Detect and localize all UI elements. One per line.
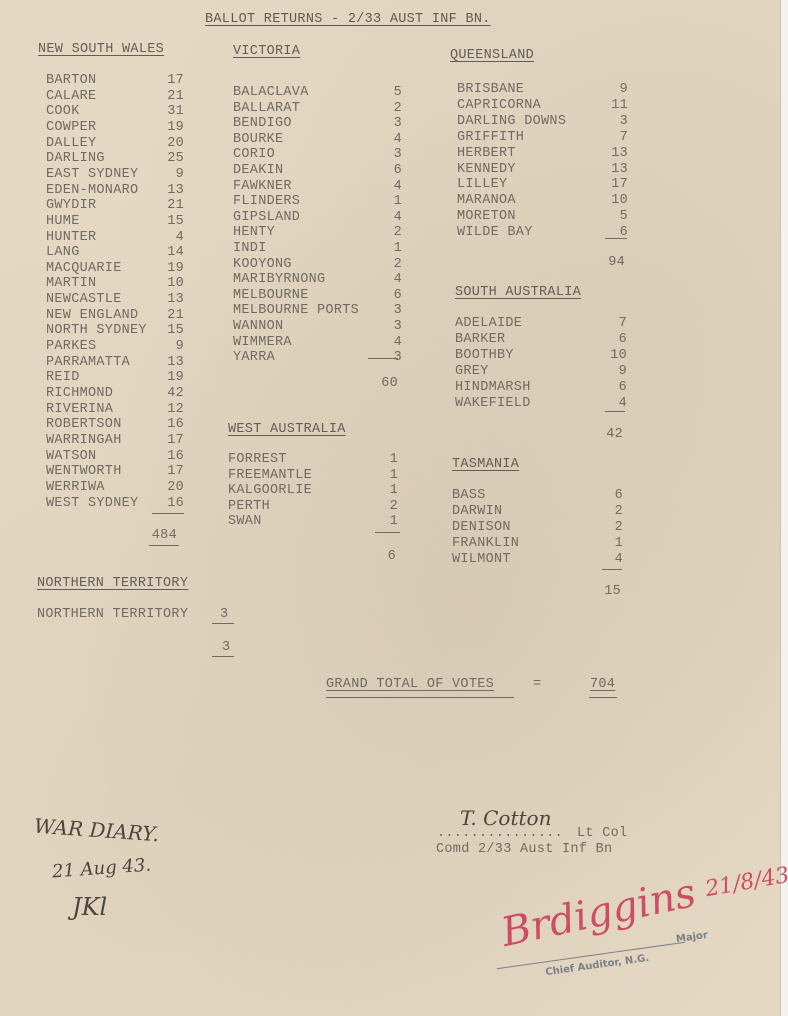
- subtotal-rule: [212, 623, 234, 624]
- electorate-name: INDI: [233, 241, 267, 257]
- electorate-name: GIPSLAND: [233, 210, 300, 226]
- electorate-votes: 5: [372, 85, 402, 101]
- electorate-name: FORREST: [228, 452, 287, 468]
- electorate-votes: 10: [597, 348, 627, 364]
- electorate-votes: 2: [372, 225, 402, 241]
- war-diary-date: 21 Aug 43.: [51, 855, 151, 883]
- auditor-date: 21/8/43: [703, 863, 788, 902]
- electorate-votes: 2: [372, 257, 402, 273]
- electorate-name: ROBERTSON: [46, 417, 122, 433]
- subtotal-rule: [368, 358, 398, 359]
- electorate-votes: 10: [598, 193, 628, 209]
- initials: JKl: [72, 893, 107, 921]
- electorate-votes: 4: [154, 230, 184, 246]
- electorate-votes: 3: [220, 607, 228, 623]
- electorate-name: BENDIGO: [233, 116, 292, 132]
- electorate-votes: 20: [154, 480, 184, 496]
- electorate-votes: 31: [154, 104, 184, 120]
- electorate-name: PERTH: [228, 499, 270, 515]
- electorate-name: KENNEDY: [457, 162, 516, 178]
- electorate-votes: 2: [372, 101, 402, 117]
- subtotal-rule: [605, 238, 627, 239]
- co-command: Comd 2/33 Aust Inf Bn: [436, 842, 612, 858]
- section-heading: SOUTH AUSTRALIA: [455, 285, 581, 301]
- electorate-name: YARRA: [233, 350, 275, 366]
- electorate-name: BARTON: [46, 73, 96, 89]
- electorate-name: KOOYONG: [233, 257, 292, 273]
- electorate-name: WIMMERA: [233, 335, 292, 351]
- electorate-votes: 9: [597, 364, 627, 380]
- electorate-name: BARKER: [455, 332, 505, 348]
- section-heading: NEW SOUTH WALES: [38, 42, 164, 58]
- electorate-name: DEAKIN: [233, 163, 283, 179]
- grand-total-label: GRAND TOTAL OF VOTES: [326, 677, 494, 693]
- electorate-votes: 6: [372, 163, 402, 179]
- electorate-votes: 17: [154, 464, 184, 480]
- electorate-votes: 4: [372, 132, 402, 148]
- electorate-name: DARLING: [46, 151, 105, 167]
- electorate-votes: 13: [154, 183, 184, 199]
- electorate-votes: 3: [372, 303, 402, 319]
- electorate-name: MELBOURNE PORTS: [233, 303, 359, 319]
- electorate-votes: 16: [154, 449, 184, 465]
- subtotal-rule: [605, 411, 625, 412]
- electorate-votes: 4: [372, 335, 402, 351]
- electorate-votes: 42: [154, 386, 184, 402]
- section-heading: WEST AUSTRALIA: [228, 422, 346, 438]
- section-heading: VICTORIA: [233, 44, 300, 60]
- section-heading: QUEENSLAND: [450, 48, 534, 64]
- electorate-votes: 4: [372, 272, 402, 288]
- electorate-votes: 6: [593, 488, 623, 504]
- electorate-name: EAST SYDNEY: [46, 167, 138, 183]
- electorate-votes: 15: [154, 323, 184, 339]
- co-signature: T. Cotton: [460, 806, 551, 830]
- electorate-votes: 13: [154, 355, 184, 371]
- electorate-votes: 7: [597, 316, 627, 332]
- electorate-name: WEST SYDNEY: [46, 496, 138, 512]
- section-heading: TASMANIA: [452, 457, 519, 473]
- electorate-name: MARIBYRNONG: [233, 272, 325, 288]
- electorate-votes: 17: [154, 73, 184, 89]
- electorate-name: GRIFFITH: [457, 130, 524, 146]
- electorate-name: FRANKLIN: [452, 536, 519, 552]
- electorate-name: COWPER: [46, 120, 96, 136]
- grand-total-double-rule: [326, 697, 514, 698]
- electorate-votes: 16: [154, 496, 184, 512]
- electorate-votes: 13: [598, 162, 628, 178]
- electorate-name: WILDE BAY: [457, 225, 533, 241]
- electorate-votes: 19: [154, 261, 184, 277]
- grand-total-value-rule: [589, 697, 617, 698]
- electorate-votes: 21: [154, 198, 184, 214]
- electorate-name: MACQUARIE: [46, 261, 122, 277]
- electorate-name: BOURKE: [233, 132, 283, 148]
- electorate-votes: 9: [598, 82, 628, 98]
- electorate-name: MELBOURNE: [233, 288, 309, 304]
- electorate-votes: 1: [368, 483, 398, 499]
- subtotal-rule: [375, 532, 400, 533]
- electorate-name: RIVERINA: [46, 402, 113, 418]
- electorate-name: ADELAIDE: [455, 316, 522, 332]
- electorate-votes: 9: [154, 339, 184, 355]
- grand-total-value: 704: [590, 677, 615, 693]
- electorate-votes: 21: [154, 308, 184, 324]
- electorate-votes: 20: [154, 136, 184, 152]
- electorate-votes: 2: [368, 499, 398, 515]
- electorate-votes: 4: [593, 552, 623, 568]
- subtotal-rule: [152, 513, 184, 514]
- electorate-votes: 1: [368, 452, 398, 468]
- electorate-votes: 6: [597, 380, 627, 396]
- electorate-name: DARLING DOWNS: [457, 114, 566, 130]
- electorate-name: WATSON: [46, 449, 96, 465]
- ballot-returns-document: BALLOT RETURNS - 2/33 AUST INF BN. NEW S…: [0, 0, 781, 1016]
- electorate-votes: 17: [154, 433, 184, 449]
- electorate-votes: 19: [154, 120, 184, 136]
- electorate-name: DARWIN: [452, 504, 502, 520]
- electorate-votes: 25: [154, 151, 184, 167]
- electorate-votes: 3: [598, 114, 628, 130]
- electorate-name: FLINDERS: [233, 194, 300, 210]
- electorate-votes: 2: [593, 504, 623, 520]
- equals-sign: =: [533, 677, 541, 693]
- electorate-name: RICHMOND: [46, 386, 113, 402]
- total-rule: [212, 656, 234, 657]
- electorate-name: WERRIWA: [46, 480, 105, 496]
- electorate-votes: 6: [597, 332, 627, 348]
- electorate-votes: 4: [372, 210, 402, 226]
- auditor-title-stamp: Chief Auditor, N.G.: [545, 953, 650, 978]
- electorate-votes: 19: [154, 370, 184, 386]
- electorate-votes: 17: [598, 177, 628, 193]
- electorate-name: DENISON: [452, 520, 511, 536]
- electorate-name: BRISBANE: [457, 82, 524, 98]
- war-diary-text: WAR DIARY.: [33, 814, 160, 847]
- electorate-name: GWYDIR: [46, 198, 96, 214]
- electorate-name: WAKEFIELD: [455, 396, 531, 412]
- electorate-name: PARKES: [46, 339, 96, 355]
- electorate-name: HERBERT: [457, 146, 516, 162]
- section-total: 60: [368, 376, 398, 392]
- electorate-name: GREY: [455, 364, 489, 380]
- document-title: BALLOT RETURNS - 2/33 AUST INF BN.: [205, 12, 491, 28]
- electorate-name: NEW ENGLAND: [46, 308, 138, 324]
- subtotal-rule: [602, 569, 622, 570]
- electorate-name: DALLEY: [46, 136, 96, 152]
- electorate-name: LANG: [46, 245, 80, 261]
- electorate-name: MARTIN: [46, 276, 96, 292]
- section-total: 42: [593, 427, 623, 443]
- electorate-name: MARANOA: [457, 193, 516, 209]
- electorate-votes: 5: [598, 209, 628, 225]
- electorate-name: BOOTHBY: [455, 348, 514, 364]
- electorate-name: WENTWORTH: [46, 464, 122, 480]
- electorate-name: CALARE: [46, 89, 96, 105]
- co-rank: Lt Col: [577, 826, 627, 842]
- electorate-name: COOK: [46, 104, 80, 120]
- electorate-votes: 1: [372, 194, 402, 210]
- electorate-votes: 13: [154, 292, 184, 308]
- electorate-votes: 7: [598, 130, 628, 146]
- electorate-votes: 2: [593, 520, 623, 536]
- section-total: 3: [222, 640, 230, 656]
- electorate-name: BASS: [452, 488, 486, 504]
- electorate-name: FAWKNER: [233, 179, 292, 195]
- electorate-name: FREEMANTLE: [228, 468, 312, 484]
- electorate-votes: 6: [372, 288, 402, 304]
- electorate-votes: 21: [154, 89, 184, 105]
- total-rule: [149, 545, 179, 546]
- electorate-name: HUME: [46, 214, 80, 230]
- section-heading: NORTHERN TERRITORY: [37, 576, 188, 592]
- electorate-votes: 4: [372, 179, 402, 195]
- electorate-name: CAPRICORNA: [457, 98, 541, 114]
- electorate-votes: 4: [597, 396, 627, 412]
- electorate-name: NORTHERN TERRITORY: [37, 607, 188, 623]
- electorate-name: WARRINGAH: [46, 433, 122, 449]
- electorate-name: MORETON: [457, 209, 516, 225]
- section-total: 6: [366, 549, 396, 565]
- electorate-name: CORIO: [233, 147, 275, 163]
- electorate-votes: 1: [593, 536, 623, 552]
- electorate-votes: 1: [368, 514, 398, 530]
- electorate-name: WILMONT: [452, 552, 511, 568]
- electorate-votes: 3: [372, 116, 402, 132]
- electorate-votes: 16: [154, 417, 184, 433]
- section-total: 94: [595, 255, 625, 271]
- electorate-name: HINDMARSH: [455, 380, 531, 396]
- electorate-name: LILLEY: [457, 177, 507, 193]
- electorate-votes: 14: [154, 245, 184, 261]
- section-total: 484: [147, 528, 177, 544]
- electorate-name: WANNON: [233, 319, 283, 335]
- electorate-name: HENTY: [233, 225, 275, 241]
- electorate-votes: 13: [598, 146, 628, 162]
- electorate-votes: 11: [598, 98, 628, 114]
- electorate-name: REID: [46, 370, 80, 386]
- electorate-votes: 3: [372, 147, 402, 163]
- electorate-name: EDEN-MONARO: [46, 183, 138, 199]
- electorate-name: PARRAMATTA: [46, 355, 130, 371]
- electorate-name: SWAN: [228, 514, 262, 530]
- electorate-votes: 3: [372, 319, 402, 335]
- electorate-votes: 10: [154, 276, 184, 292]
- electorate-name: BALLARAT: [233, 101, 300, 117]
- electorate-name: NEWCASTLE: [46, 292, 122, 308]
- electorate-votes: 15: [154, 214, 184, 230]
- electorate-name: KALGOORLIE: [228, 483, 312, 499]
- electorate-name: NORTH SYDNEY: [46, 323, 147, 339]
- electorate-votes: 1: [368, 468, 398, 484]
- electorate-votes: 9: [154, 167, 184, 183]
- electorate-votes: 1: [372, 241, 402, 257]
- electorate-name: HUNTER: [46, 230, 96, 246]
- section-total: 15: [591, 584, 621, 600]
- electorate-name: BALACLAVA: [233, 85, 309, 101]
- electorate-votes: 12: [154, 402, 184, 418]
